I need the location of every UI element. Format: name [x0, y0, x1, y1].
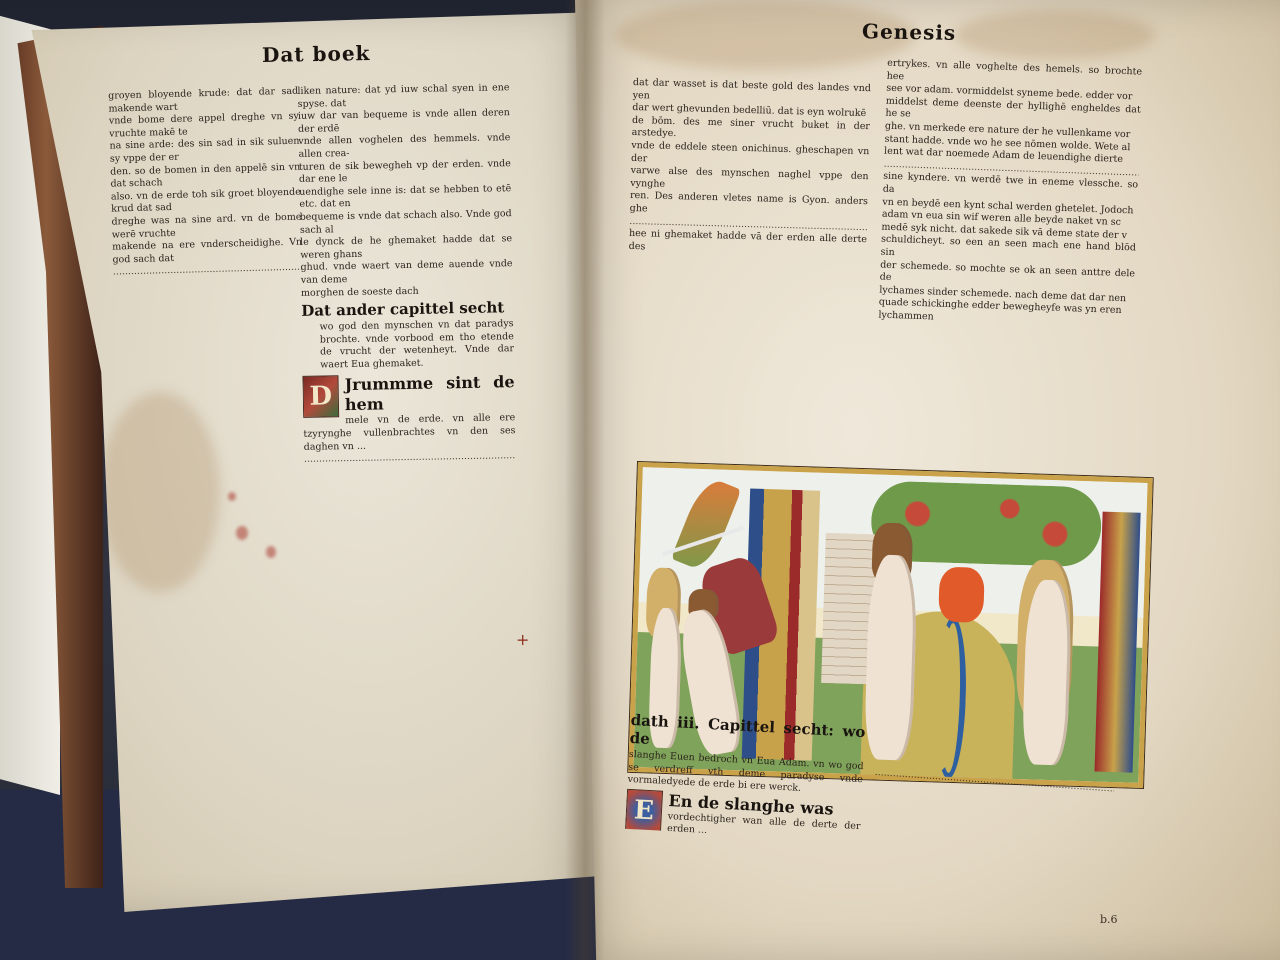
- text-line: le dynck de he ghemaket hadde dat se wer…: [300, 233, 512, 262]
- tempter-figure: [938, 567, 985, 623]
- text-line: vnde allen voghelen des hemmels. vnde al…: [298, 133, 510, 162]
- illuminated-initial-d: D: [302, 376, 339, 419]
- filler-text: ........................................…: [304, 450, 516, 466]
- text-line: liken nature: dat yd iuw schal syen in e…: [297, 82, 509, 111]
- left-page-column-1: groyen bloyende krude: dat dar sad maken…: [108, 86, 318, 851]
- text-line: mele vn de erde. vn alle ere tzyrynghe v…: [303, 413, 516, 454]
- signature-mark: b.6: [1100, 913, 1118, 926]
- chapter-2-incipit: Jrummme sint de hem: [344, 373, 514, 415]
- chapter-2-summary: wo god den mynschen vn dat paradys broch…: [302, 318, 515, 372]
- water-stain: [955, 10, 1155, 60]
- running-head-left: Dat boek: [262, 41, 371, 67]
- text-line: uendighe sele inne is: dat se hebben to …: [299, 183, 511, 212]
- text-line: ghud. vnde waert van deme auende vnde va…: [300, 258, 512, 287]
- running-head-right: Genesis: [862, 19, 957, 45]
- book-gutter: [565, 0, 605, 960]
- chapter-2-heading: Dat ander capittel secht: [301, 298, 513, 320]
- red-ink-blot: [266, 546, 276, 558]
- text-line: turen de sik bewegheh vp der erden. vnde…: [299, 158, 511, 187]
- text-line: iuw dar van bequeme is vnde allen deren …: [298, 107, 510, 136]
- right-page-column-1: dat dar wasset is dat beste gold des lan…: [623, 77, 871, 473]
- red-ink-blot: [228, 492, 236, 501]
- text-line: bequeme is vnde dat schach also. Vnde go…: [300, 208, 512, 237]
- red-ink-blot: [236, 526, 248, 540]
- left-page-column-2: liken nature: dat yd iuw schal syen in e…: [297, 82, 522, 846]
- marginal-cross-mark: +: [516, 630, 529, 649]
- chapter-3-block: dath iii. Capittel secht: wo de slanghe …: [625, 709, 866, 841]
- right-page-lower-text: ........................................…: [865, 767, 1114, 923]
- illuminated-initial-e: E: [625, 789, 663, 833]
- right-page-column-2: ertrykes. vn alle voghelte des hemels. s…: [873, 58, 1143, 487]
